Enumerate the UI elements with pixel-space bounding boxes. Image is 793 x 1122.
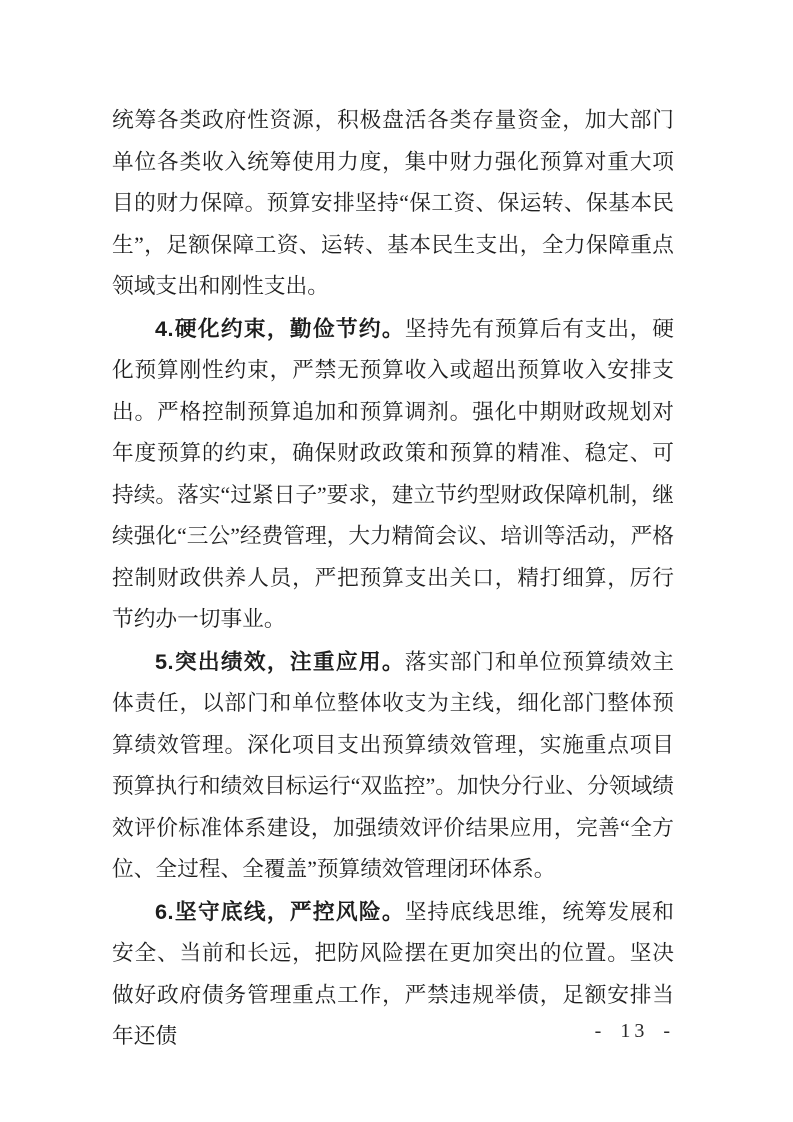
section-heading: 5.突出绩效，注重应用。	[155, 649, 405, 674]
paragraph-text: 坚持先有预算后有支出，硬化预算刚性约束，严禁无预算收入或超出预算收入安排支出。严…	[112, 317, 674, 632]
document-page: 统筹各类政府性资源，积极盘活各类存量资金，加大部门单位各类收入统筹使用力度，集中…	[0, 0, 793, 1122]
paragraph-section-5: 5.突出绩效，注重应用。落实部门和单位预算绩效主体责任，以部门和单位整体收支为主…	[112, 641, 674, 891]
page-number: - 13 -	[595, 1020, 674, 1042]
paragraph-section-4: 4.硬化约束，勤俭节约。坚持先有预算后有支出，硬化预算刚性约束，严禁无预算收入或…	[112, 308, 674, 641]
paragraph-section-6: 6.坚守底线，严控风险。坚持底线思维，统筹发展和安全、当前和长远，把防风险摆在更…	[112, 891, 674, 1058]
paragraph-continuation: 统筹各类政府性资源，积极盘活各类存量资金，加大部门单位各类收入统筹使用力度，集中…	[112, 100, 674, 308]
paragraph-text: 落实部门和单位预算绩效主体责任，以部门和单位整体收支为主线，细化部门整体预算绩效…	[112, 650, 674, 882]
section-heading: 4.硬化约束，勤俭节约。	[155, 316, 405, 341]
document-body: 统筹各类政府性资源，积极盘活各类存量资金，加大部门单位各类收入统筹使用力度，集中…	[112, 100, 674, 1058]
section-heading: 6.坚守底线，严控风险。	[155, 899, 405, 924]
paragraph-text: 统筹各类政府性资源，积极盘活各类存量资金，加大部门单位各类收入统筹使用力度，集中…	[112, 108, 674, 298]
